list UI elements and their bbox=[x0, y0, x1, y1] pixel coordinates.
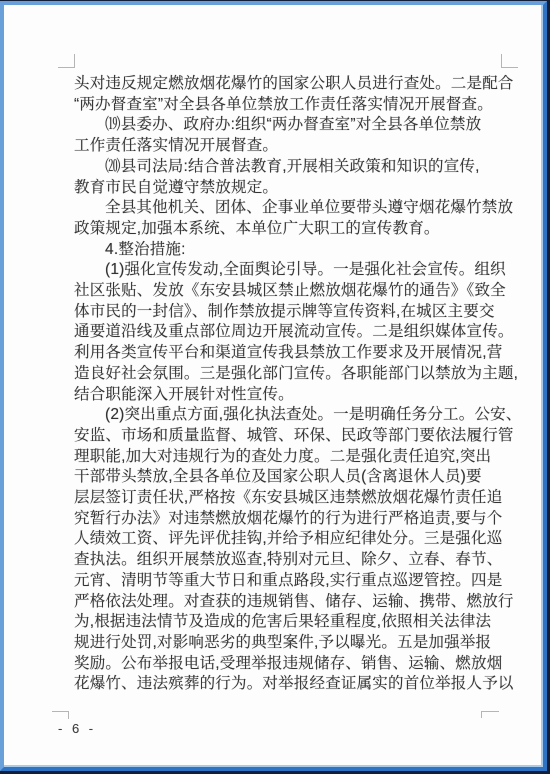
text-line: 查执法。组织开展禁放巡查,特别对元旦、除夕、立春、春节、 bbox=[74, 550, 510, 571]
text-line: 干部带头禁放,全县各单位及国家公职人员(含离退休人员)要 bbox=[74, 467, 510, 488]
text-line: ⒆县委办、政府办:组织“两办督查室”对全县各单位禁放 bbox=[74, 115, 510, 136]
text-line: 理职能,加大对违规行为的查处力度。二是强化责任追究,突出 bbox=[74, 447, 510, 468]
page-shadow-frame: 头对违反规定燃放烟花爆竹的国家公职人员进行查处。二是配合“两办督查室”对全县各单… bbox=[0, 0, 550, 774]
text-line: (1)强化宣传发动,全面舆论引导。一是强化社会宣传。组织 bbox=[74, 260, 510, 281]
text-line: 奖励。公布举报电话,受理举报违规储存、销售、运输、燃放烟 bbox=[74, 654, 510, 675]
text-line: 严格依法处理。对查获的违规销售、储存、运输、携带、燃放行 bbox=[74, 592, 510, 613]
text-line: (2)突出重点方面,强化执法查处。一是明确任务分工。公安、 bbox=[74, 405, 510, 426]
text-line: 社区张贴、发放《东安县城区禁止燃放烟花爆竹的通告》《致全 bbox=[74, 281, 510, 302]
text-line: 人绩效工资、评先评优挂钩,并给予相应纪律处分。三是强化巡 bbox=[74, 529, 510, 550]
text-line: “两办督查室”对全县各单位禁放工作责任落实情况开展督查。 bbox=[74, 95, 510, 116]
text-line: 规进行处罚,对影响恶劣的典型案件,予以曝光。五是加强举报 bbox=[74, 633, 510, 654]
text-line: 为,根据违法情节及造成的危害后果轻重程度,依照相关法律法 bbox=[74, 612, 510, 633]
text-boundary-mark-top-left bbox=[58, 54, 75, 68]
text-line: 究暂行办法》对违禁燃放烟花爆竹的行为进行严格追责,要与个 bbox=[74, 509, 510, 530]
text-line: 体市民的一封信》、制作禁放提示牌等宣传资料,在城区主要交 bbox=[74, 302, 510, 323]
page-number: - 6 - bbox=[58, 721, 96, 736]
text-line: 结合职能深入开展针对性宣传。 bbox=[74, 385, 510, 406]
document-page: 头对违反规定燃放烟花爆竹的国家公职人员进行查处。二是配合“两办督查室”对全县各单… bbox=[0, 1, 547, 771]
text-line: 利用各类宣传平台和渠道宣传我县禁放工作要求及开展情况,营 bbox=[74, 343, 510, 364]
text-line: ⒇县司法局:结合普法教育,开展相关政策和知识的宣传, bbox=[74, 157, 510, 178]
text-line: 4.整治措施: bbox=[74, 240, 510, 261]
text-line: 花爆竹、违法殡葬的行为。对举报经查证属实的首位举报人予以 bbox=[74, 674, 510, 695]
text-boundary-mark-top-right bbox=[501, 54, 518, 68]
text-line: 元宵、清明节等重大节日和重点路段,实行重点巡逻管控。四是 bbox=[74, 571, 510, 592]
text-line: 工作责任落实情况开展督查。 bbox=[74, 136, 510, 157]
text-line: 全县其他机关、团体、企事业单位要带头遵守烟花爆竹禁放 bbox=[74, 198, 510, 219]
text-line: 通要道沿线及重点部位周边开展流动宣传。二是组织媒体宣传。 bbox=[74, 322, 510, 343]
document-body: 头对违反规定燃放烟花爆竹的国家公职人员进行查处。二是配合“两办督查室”对全县各单… bbox=[74, 74, 510, 695]
text-line: 安监、市场和质量监督、城管、环保、民政等部门要依法履行管 bbox=[74, 426, 510, 447]
text-line: 层层签订责任状,严格按《东安县城区违禁燃放烟花爆竹责任追 bbox=[74, 488, 510, 509]
text-line: 政策规定,加强本系统、本单位广大职工的宣传教育。 bbox=[74, 219, 510, 240]
text-line: 头对违反规定燃放烟花爆竹的国家公职人员进行查处。二是配合 bbox=[74, 74, 510, 95]
text-boundary-mark-bottom-left bbox=[52, 711, 69, 719]
text-line: 教育市民自觉遵守禁放规定。 bbox=[74, 178, 510, 199]
text-boundary-mark-bottom-right bbox=[481, 711, 499, 718]
text-line: 造良好社会氛围。三是强化部门宣传。各职能部门以禁放为主题, bbox=[74, 364, 510, 385]
